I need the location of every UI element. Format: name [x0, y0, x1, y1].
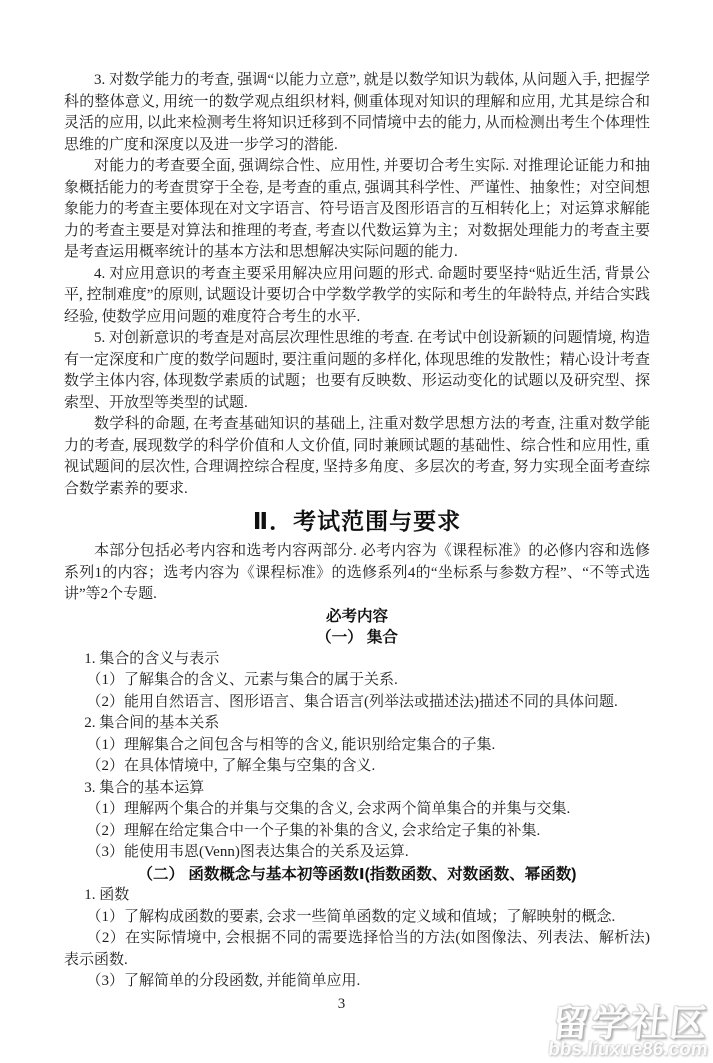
- list-item: （1）理解集合之间包含与相等的含义, 能识别给定集合的子集.: [64, 735, 650, 757]
- subheading-part1-sets: （一） 集合: [64, 627, 650, 649]
- watermark: 留学社区 bbs.liuxue86.com: [547, 1005, 712, 1061]
- list-item: （2）在具体情境中, 了解全集与空集的含义.: [64, 756, 650, 778]
- intro-paragraph-3: 3. 对数学能力的考查, 强调“以能力立意”, 就是以数学知识为载体, 从问题入…: [64, 70, 650, 156]
- watermark-url-text: bbs.liuxue86.com: [547, 1039, 709, 1061]
- list-item: （2）在实际情境中, 会根据不同的需要选择恰当的方法(如图像法、列表法、解析法)…: [64, 928, 650, 971]
- subheading-part2-functions: （二） 函数概念与基本初等函数Ⅰ(指数函数、对数函数、幂函数): [64, 864, 650, 886]
- intro-paragraph-5: 5. 对创新意识的考查是对高层次理性思维的考查. 在考试中创设新颖的问题情境, …: [64, 328, 650, 414]
- section-title: Ⅱ．考试范围与要求: [64, 506, 650, 536]
- list-item-set-relations: 2. 集合间的基本关系: [64, 713, 650, 735]
- list-item-set-operations: 3. 集合的基本运算: [64, 778, 650, 800]
- list-item: （1）了解集合的含义、元素与集合的属于关系.: [64, 670, 650, 692]
- section-intro-paragraph: 本部分包括必考内容和选考内容两部分. 必考内容为《课程标准》的必修内容和选修系列…: [64, 541, 650, 606]
- subheading-required-content: 必考内容: [64, 606, 650, 628]
- intro-paragraph-ability: 对能力的考查要全面, 强调综合性、应用性, 并要切合考生实际. 对推理论证能力和…: [64, 156, 650, 264]
- list-item: （1）了解构成函数的要素, 会求一些简单函数的定义域和值域；了解映射的概念.: [64, 907, 650, 929]
- list-item-set-meaning: 1. 集合的含义与表示: [64, 649, 650, 671]
- watermark-logo-text: 留学社区: [548, 1005, 711, 1043]
- list-item: （1）理解两个集合的并集与交集的含义, 会求两个简单集合的并集与交集.: [64, 799, 650, 821]
- document-page: 3. 对数学能力的考查, 强调“以能力立意”, 就是以数学知识为载体, 从问题入…: [0, 0, 713, 1063]
- list-item: （2）能用自然语言、图形语言、集合语言(列举法或描述法)描述不同的具体问题.: [64, 692, 650, 714]
- list-item-function: 1. 函数: [64, 885, 650, 907]
- list-item: （3）能使用韦恩(Venn)图表达集合的关系及运算.: [64, 842, 650, 864]
- intro-paragraph-summary: 数学科的命题, 在考查基础知识的基础上, 注重对数学思想方法的考查, 注重对数学…: [64, 414, 650, 500]
- intro-paragraph-4: 4. 对应用意识的考查主要采用解决应用问题的形式. 命题时要坚持“贴近生活, 背…: [64, 264, 650, 329]
- list-item: （2）理解在给定集合中一个子集的补集的含义, 会求给定子集的补集.: [64, 821, 650, 843]
- list-item: （3）了解简单的分段函数, 并能简单应用.: [64, 971, 650, 993]
